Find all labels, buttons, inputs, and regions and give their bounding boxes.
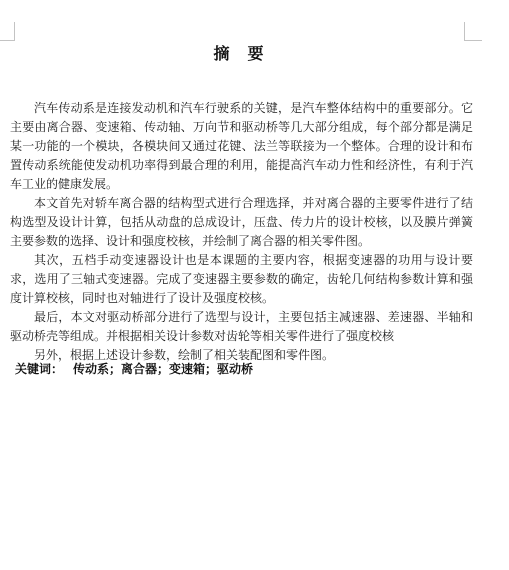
paragraph-clutch-design: 本文首先对轿车离合器的结构型式进行合理选择，并对离合器的主要零件进行了结构选型及… bbox=[10, 194, 473, 251]
keywords-text: 传动系；离合器；变速箱；驱动桥 bbox=[73, 362, 253, 376]
abstract-title: 摘 要 bbox=[14, 41, 464, 64]
paragraph-drive-axle-design: 最后，本文对驱动桥部分进行了选型与设计，主要包括主减速器、差速器、半轴和驱动桥壳… bbox=[10, 308, 473, 346]
top-left-margin-mark bbox=[14, 22, 15, 41]
top-left-margin-mark bbox=[0, 40, 15, 41]
abstract-body: 汽车传动系是连接发动机和汽车行驶系的关键，是汽车整体结构中的重要部分。它主要由离… bbox=[10, 99, 473, 365]
top-right-margin-mark bbox=[464, 22, 465, 41]
document-page: 摘 要 汽车传动系是连接发动机和汽车行驶系的关键，是汽车整体结构中的重要部分。它… bbox=[0, 0, 509, 570]
top-right-margin-mark bbox=[464, 40, 482, 41]
paragraph-gearbox-design: 其次，五档手动变速器设计也是本课题的主要内容，根据变速器的功用与设计要求，选用了… bbox=[10, 251, 473, 308]
paragraph-transmission-overview: 汽车传动系是连接发动机和汽车行驶系的关键，是汽车整体结构中的重要部分。它主要由离… bbox=[10, 99, 473, 194]
keywords-label: 关键词： bbox=[15, 362, 63, 376]
keywords-line: 关键词：传动系；离合器；变速箱；驱动桥 bbox=[15, 361, 478, 377]
